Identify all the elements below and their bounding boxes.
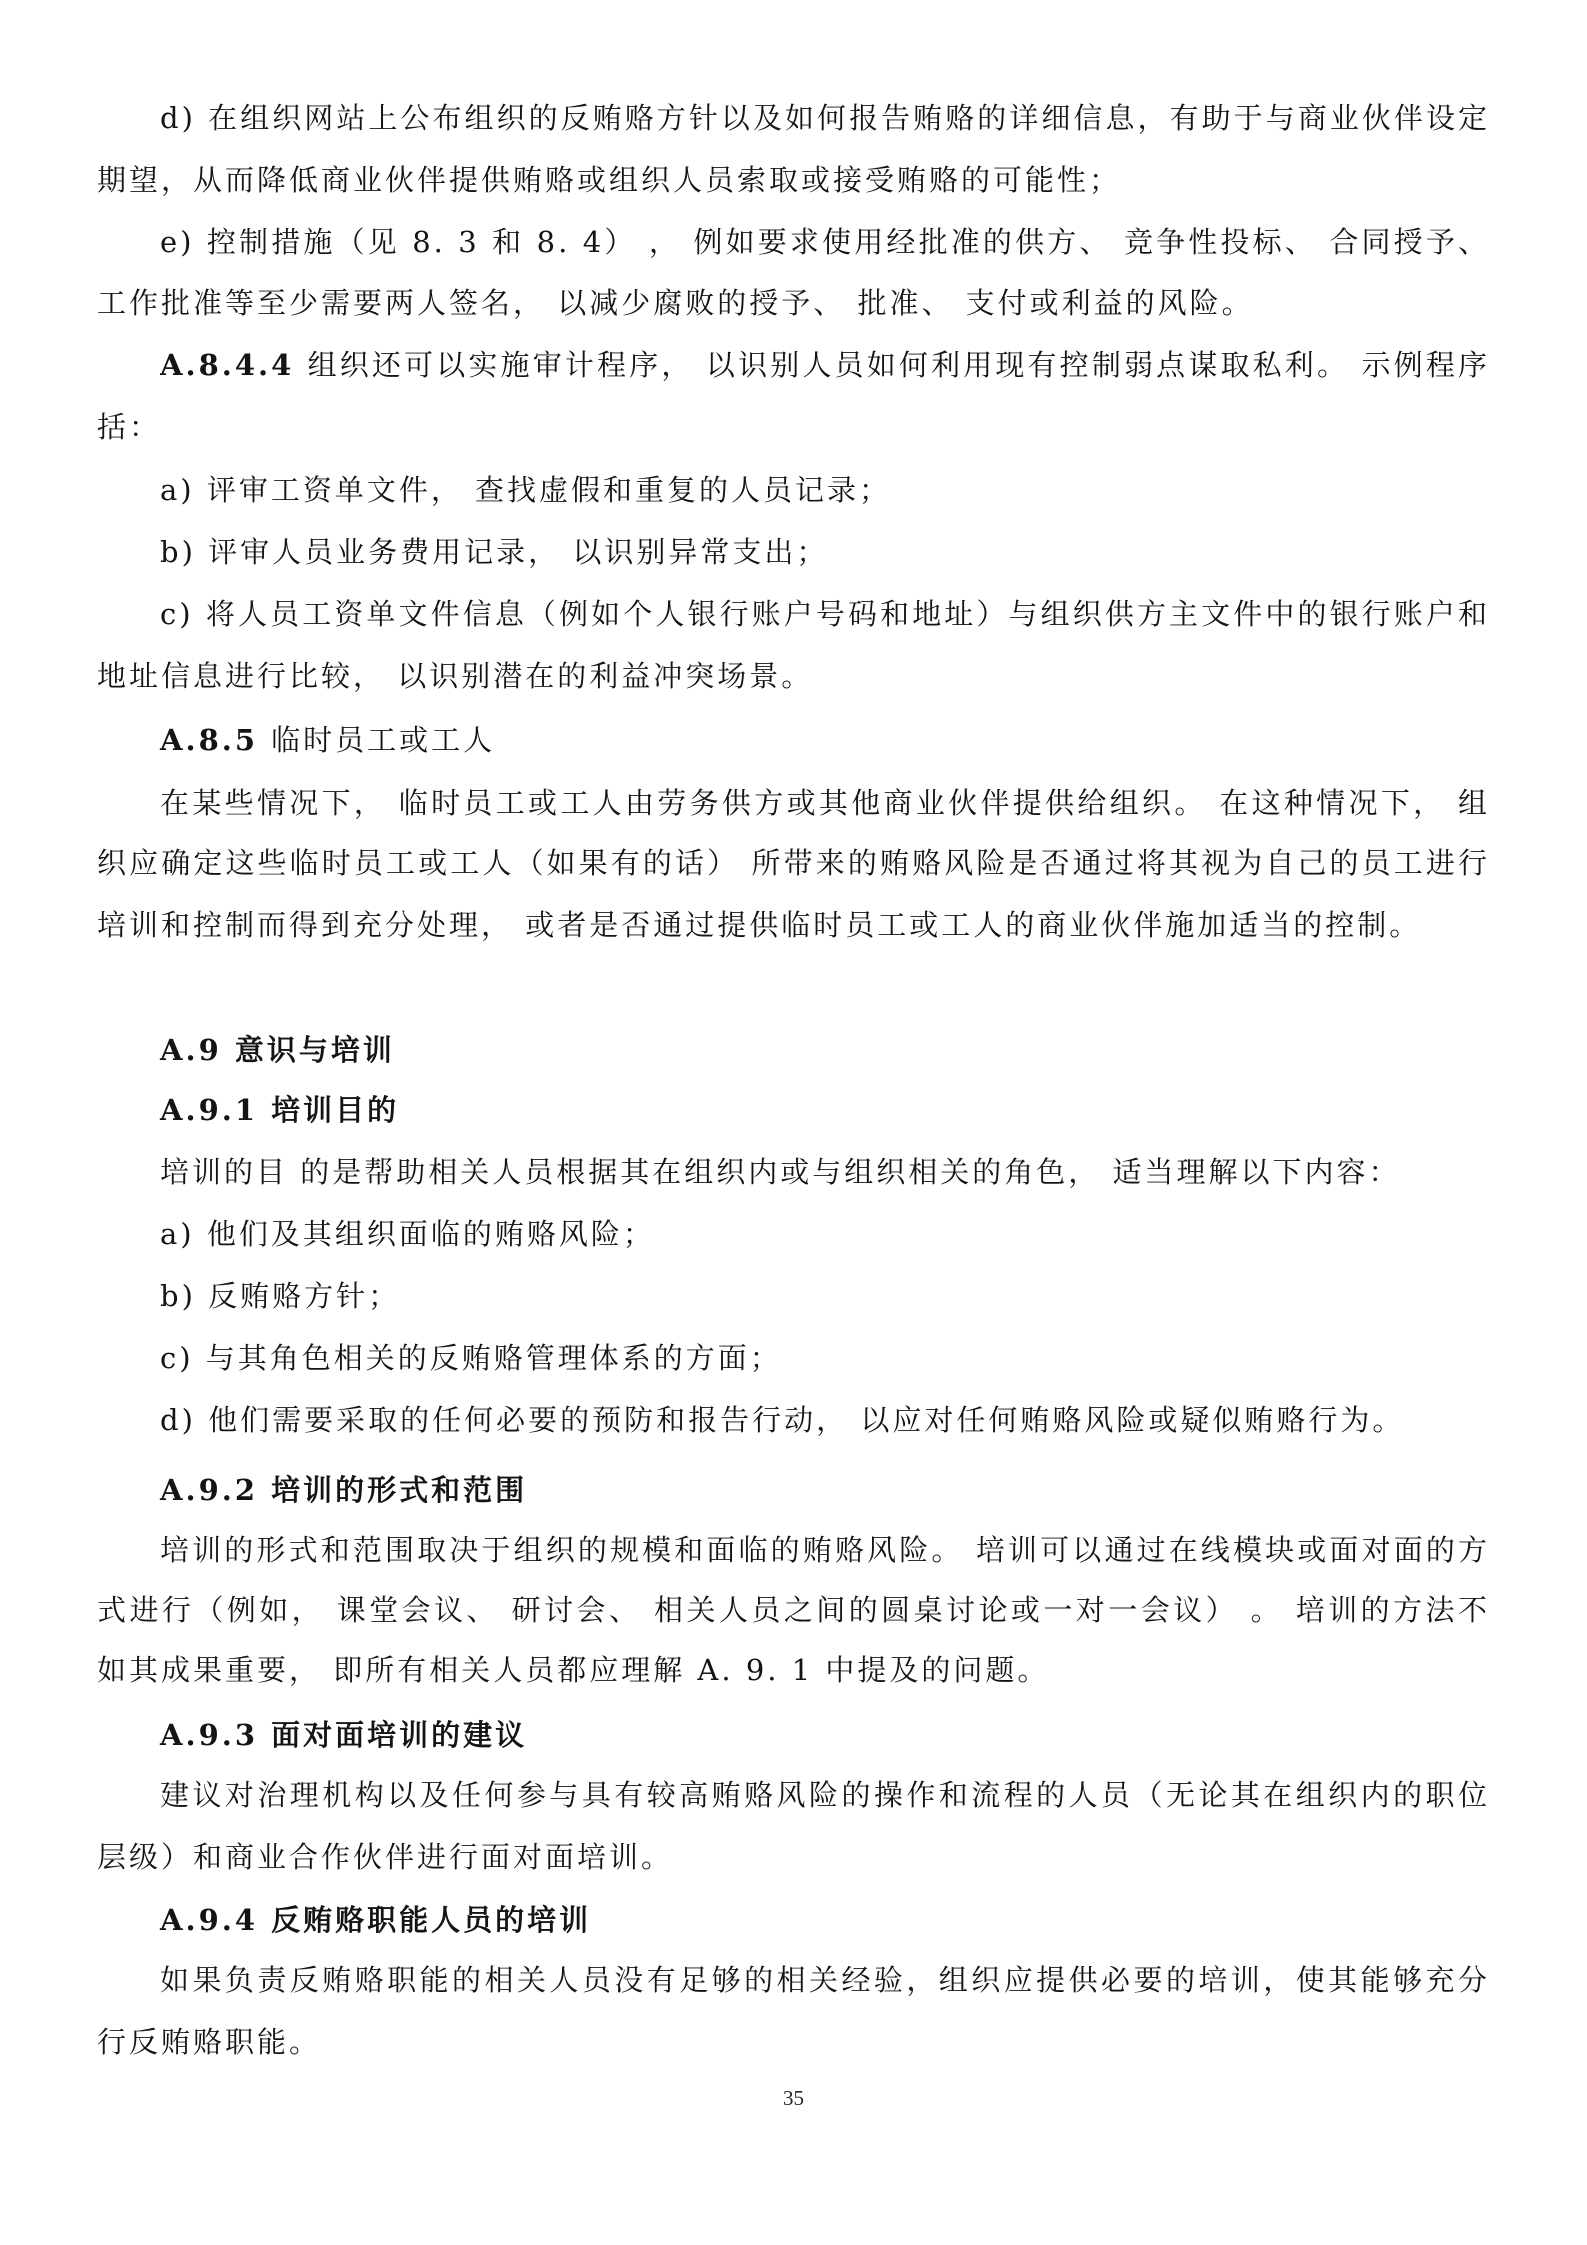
line-text: 括： [97,410,161,444]
line-text: A.9.3 面对面培训的建议 [160,1718,527,1752]
line-text: d) 他们需要采取的任何必要的预防和报告行动， 以应对任何贿赂风险或疑似贿赂行为… [160,1403,1404,1437]
text-line: e) 控制措施（见 8. 3 和 8. 4） ， 例如要求使用经批准的供方、 竞… [160,222,1490,262]
line-text: 培训的目 的是帮助相关人员根据其在组织内或与组织相关的角色， 适当理解以下内容： [160,1155,1400,1189]
text-line: 行反贿赂职能。 [97,2022,321,2062]
line-text: e) 控制措施（见 8. 3 和 8. 4） ， 例如要求使用经批准的供方、 竞… [160,225,1490,259]
text-line: A.9.3 面对面培训的建议 [160,1715,527,1755]
line-text: A.9 意识与培训 [160,1033,395,1067]
line-text: 建议对治理机构以及任何参与具有较高贿赂风险的操作和流程的人员（无论其在组织内的职… [160,1778,1490,1815]
text-line: 如果负责反贿赂职能的相关人员没有足够的相关经验，组织应提供必要的培训，使其能够充… [160,1960,1490,2000]
text-line: 地址信息进行比较， 以识别潜在的利益冲突场景。 [97,656,813,696]
text-line: A.9.1 培训目的 [160,1090,399,1130]
line-text: 层级）和商业合作伙伴进行面对面培训。 [97,1840,673,1874]
line-text: 式进行（例如， 课堂会议、 研讨会、 相关人员之间的圆桌讨论或一对一会议） 。 … [97,1593,1490,1627]
line-text: A.9.1 培训目的 [160,1093,399,1127]
text-line: 如其成果重要， 即所有相关人员都应理解 A. 9. 1 中提及的问题。 [97,1650,1049,1690]
text-line: A.9.4 反贿赂职能人员的培训 [160,1900,591,1940]
line-text: c) 与其角色相关的反贿赂管理体系的方面； [160,1341,782,1375]
text-line: 培训的目 的是帮助相关人员根据其在组织内或与组织相关的角色， 适当理解以下内容： [160,1152,1400,1192]
line-text: 临时员工或工人 [271,723,495,757]
text-line: 培训和控制而得到充分处理， 或者是否通过提供临时员工或工人的商业伙伴施加适当的控… [97,905,1421,945]
text-line: c) 将人员工资单文件信息（例如个人银行账户号码和地址）与组织供方主文件中的银行… [160,594,1490,634]
line-text: a) 他们及其组织面临的贿赂风险； [160,1217,655,1251]
line-text: 期望，从而降低商业伙伴提供贿赂或组织人员索取或接受贿赂的可能性； [97,163,1121,197]
line-text: 如其成果重要， 即所有相关人员都应理解 A. 9. 1 中提及的问题。 [97,1653,1049,1687]
text-line: d) 他们需要采取的任何必要的预防和报告行动， 以应对任何贿赂风险或疑似贿赂行为… [160,1400,1404,1440]
line-text: b) 反贿赂方针； [160,1279,400,1313]
line-text: 工作批准等至少需要两人签名， 以减少腐败的授予、 批准、 支付或利益的风险。 [97,286,1254,320]
line-text: 织应确定这些临时员工或工人（如果有的话） 所带来的贿赂风险是否通过将其视为自己的… [97,846,1490,880]
text-line: 织应确定这些临时员工或工人（如果有的话） 所带来的贿赂风险是否通过将其视为自己的… [97,843,1490,883]
line-text: a) 评审工资单文件， 查找虚假和重复的人员记录； [160,473,891,507]
line-text: 地址信息进行比较， 以识别潜在的利益冲突场景。 [97,659,813,693]
text-line: 工作批准等至少需要两人签名， 以减少腐败的授予、 批准、 支付或利益的风险。 [97,283,1254,323]
text-line: A.9 意识与培训 [160,1030,395,1070]
line-text: c) 将人员工资单文件信息（例如个人银行账户号码和地址）与组织供方主文件中的银行… [160,597,1490,631]
text-line: 期望，从而降低商业伙伴提供贿赂或组织人员索取或接受贿赂的可能性； [97,160,1121,200]
text-line: 式进行（例如， 课堂会议、 研讨会、 相关人员之间的圆桌讨论或一对一会议） 。 … [97,1590,1490,1630]
line-text: 组织还可以实施审计程序， 以识别人员如何利用现有控制弱点谋取私利。 示例程序包 [160,348,1490,385]
text-line: 培训的形式和范围取决于组织的规模和面临的贿赂风险。 培训可以通过在线模块或面对面… [160,1530,1490,1570]
text-line: 括： [97,407,161,447]
clause-number: A.8.5 [160,723,271,757]
text-line: a) 评审工资单文件， 查找虚假和重复的人员记录； [160,470,891,510]
document-page: d) 在组织网站上公布组织的反贿赂方针以及如何报告贿赂的详细信息，有助于与商业伙… [0,0,1587,2245]
text-line: A.8.5 临时员工或工人 [160,720,495,760]
line-text: 行反贿赂职能。 [97,2025,321,2059]
text-line: d) 在组织网站上公布组织的反贿赂方针以及如何报告贿赂的详细信息，有助于与商业伙… [160,98,1490,138]
line-text: A.9.4 反贿赂职能人员的培训 [160,1903,591,1937]
text-line: c) 与其角色相关的反贿赂管理体系的方面； [160,1338,782,1378]
line-text: 如果负责反贿赂职能的相关人员没有足够的相关经验，组织应提供必要的培训，使其能够充… [160,1963,1490,2000]
page-number: 35 [0,2086,1587,2111]
text-line: b) 评审人员业务费用记录， 以识别异常支出； [160,532,828,572]
text-line: A.9.2 培训的形式和范围 [160,1470,527,1510]
text-line: A.8.4.4 组织还可以实施审计程序， 以识别人员如何利用现有控制弱点谋取私利… [160,345,1490,385]
line-text: A.9.2 培训的形式和范围 [160,1473,527,1507]
line-text: 培训和控制而得到充分处理， 或者是否通过提供临时员工或工人的商业伙伴施加适当的控… [97,908,1421,942]
text-line: b) 反贿赂方针； [160,1276,400,1316]
text-line: a) 他们及其组织面临的贿赂风险； [160,1214,655,1254]
text-line: 在某些情况下， 临时员工或工人由劳务供方或其他商业伙伴提供给组织。 在这种情况下… [160,783,1490,823]
line-text: 培训的形式和范围取决于组织的规模和面临的贿赂风险。 培训可以通过在线模块或面对面… [160,1533,1490,1567]
line-text: 在某些情况下， 临时员工或工人由劳务供方或其他商业伙伴提供给组织。 在这种情况下… [160,786,1490,820]
text-line: 层级）和商业合作伙伴进行面对面培训。 [97,1837,673,1877]
line-text: d) 在组织网站上公布组织的反贿赂方针以及如何报告贿赂的详细信息，有助于与商业伙… [160,101,1490,135]
line-text: b) 评审人员业务费用记录， 以识别异常支出； [160,535,828,569]
text-line: 建议对治理机构以及任何参与具有较高贿赂风险的操作和流程的人员（无论其在组织内的职… [160,1775,1490,1815]
clause-number: A.8.4.4 [160,348,308,382]
